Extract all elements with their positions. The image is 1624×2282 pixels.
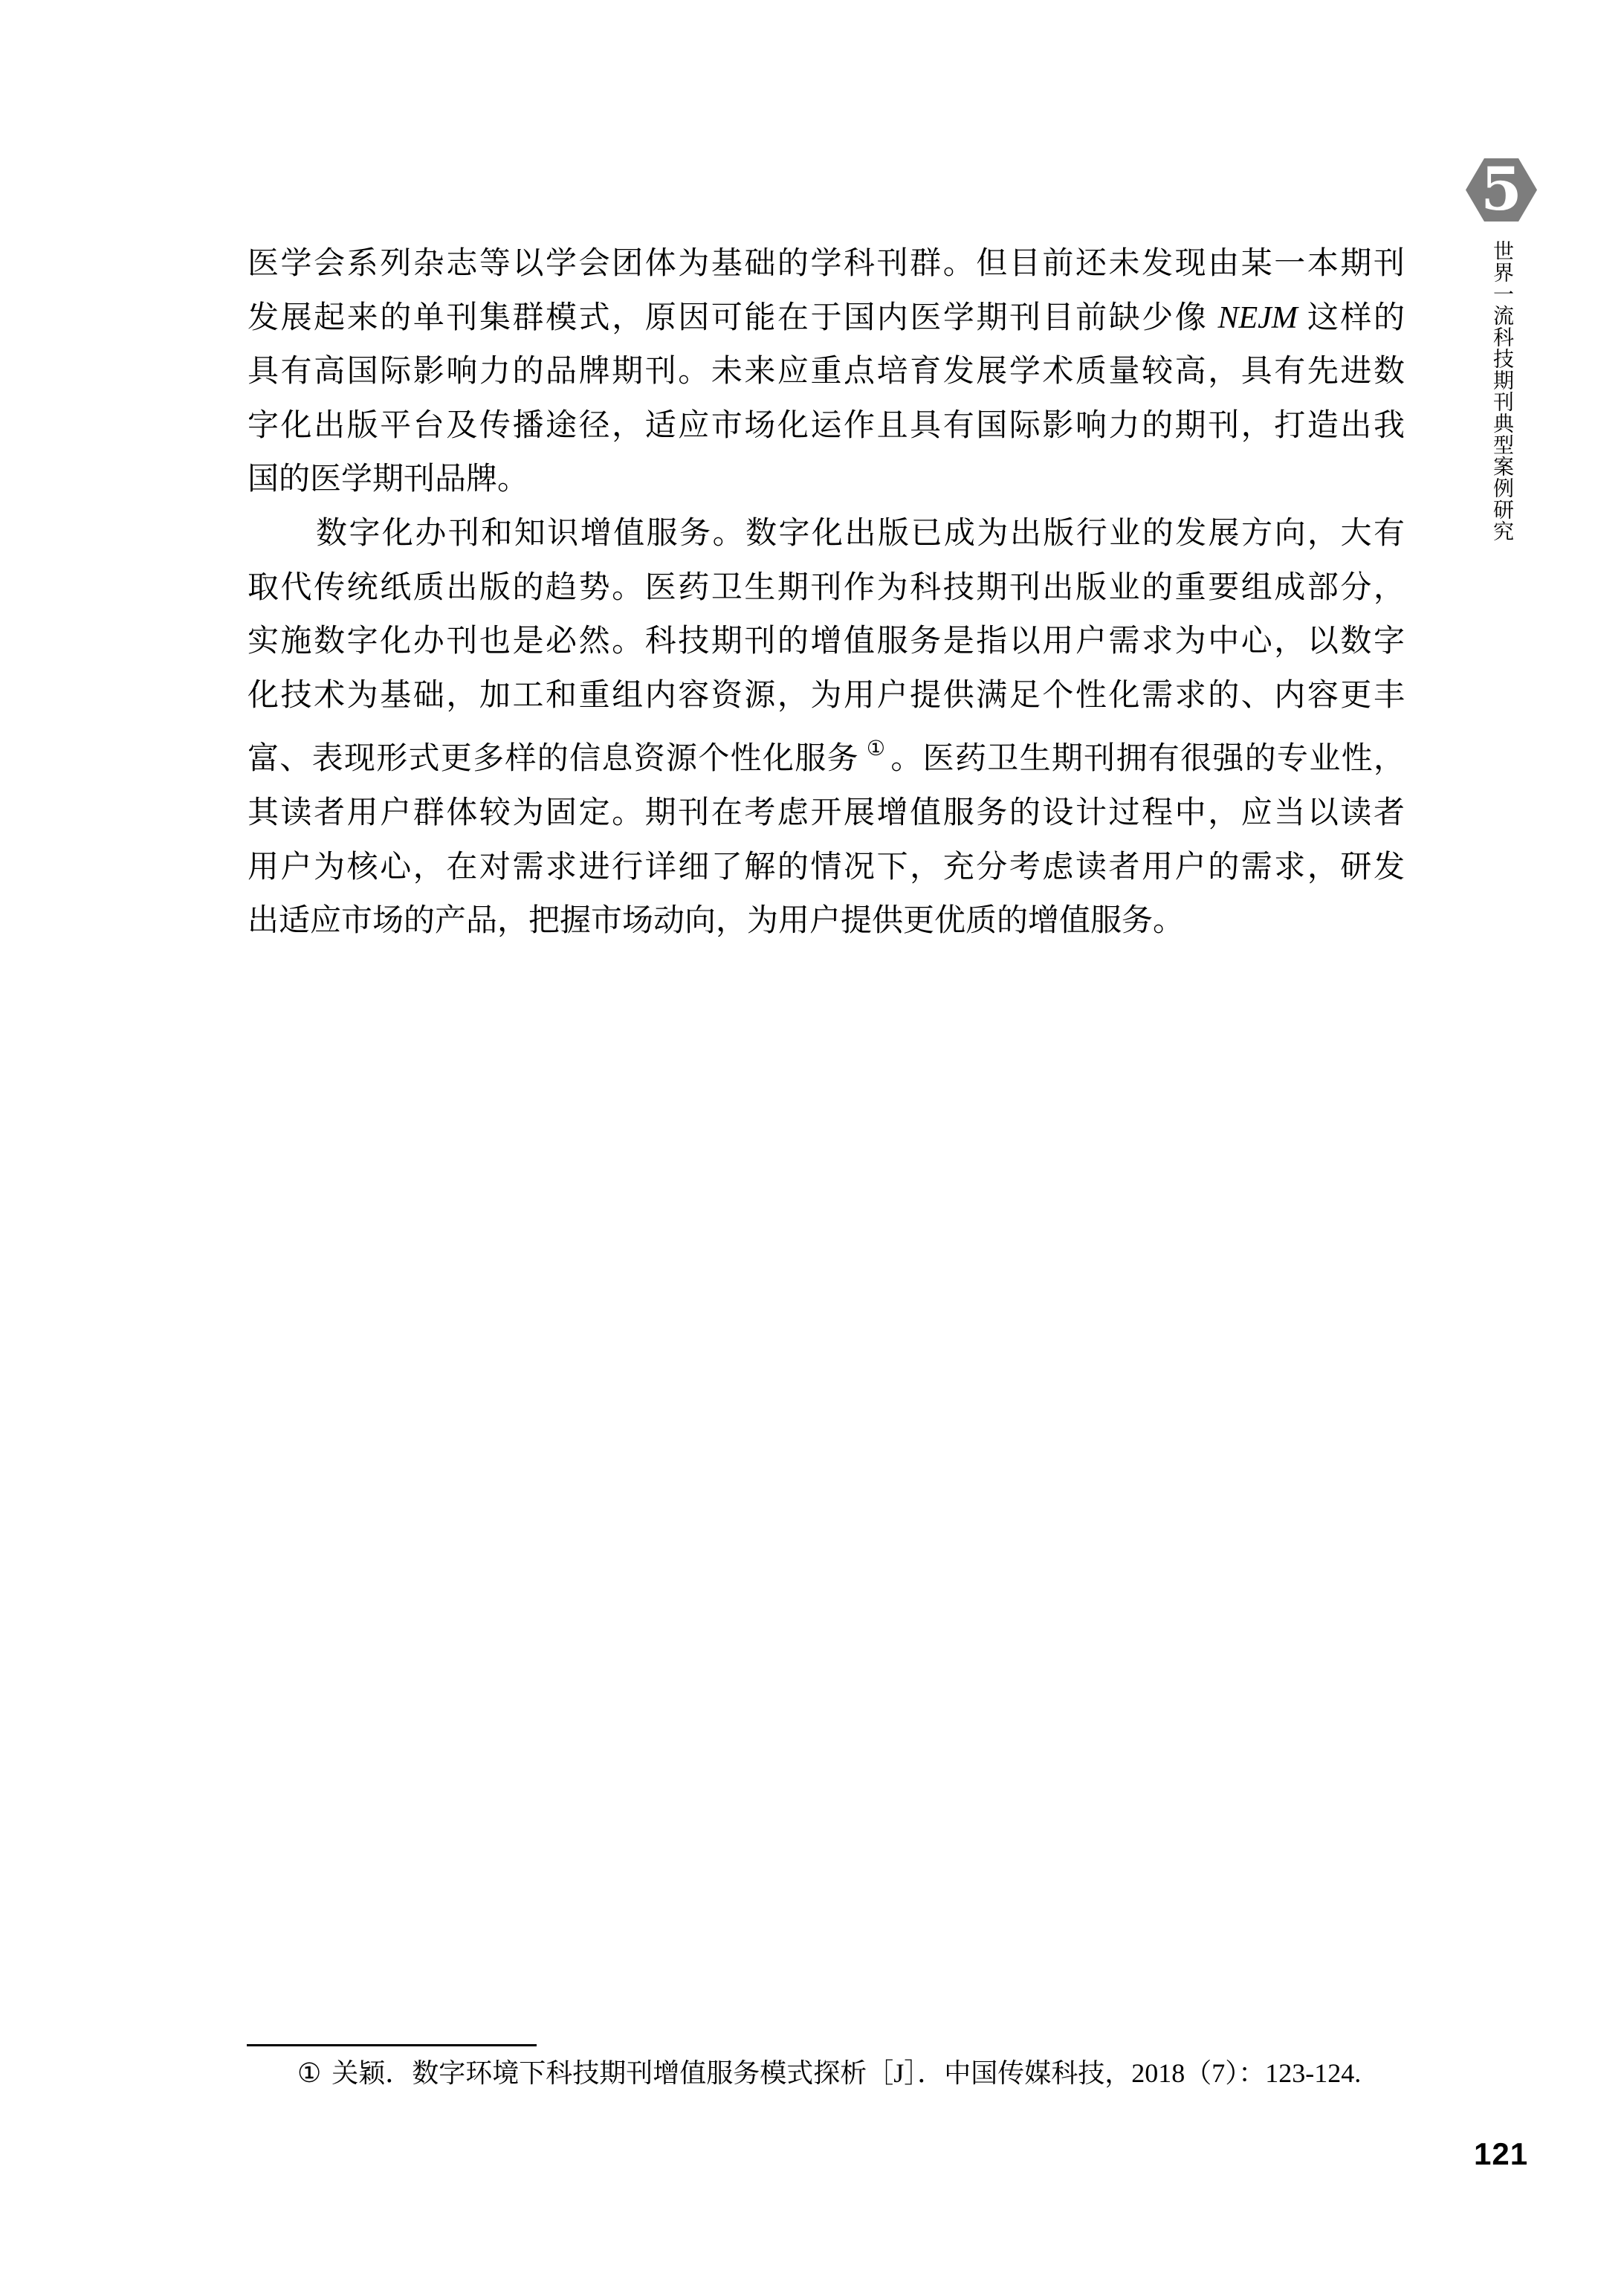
- footnote-text: 关颖．数字环境下科技期刊增值服务模式探析［J］．中国传媒科技，2018（7）：1…: [331, 2058, 1361, 2088]
- text-segment: 发展起来的单刊集群模式，原因可能在于国内医学期刊目前缺少像: [248, 301, 1217, 335]
- footnote-reference-superscript: ①: [867, 737, 886, 760]
- footnote: ①关颖．数字环境下科技期刊增值服务模式探析［J］．中国传媒科技，2018（7）：…: [297, 2055, 1412, 2091]
- text-line: 取代传统纸质出版的趋势。医药卫生期刊作为科技期刊出版业的重要组成部分，: [248, 561, 1405, 615]
- text-line: 化技术为基础，加工和重组内容资源，为用户提供满足个性化需求的、内容更丰: [248, 669, 1405, 723]
- paragraph-2: 数字化办刊和知识增值服务。数字化出版已成为出版行业的发展方向，大有 取代传统纸质…: [248, 507, 1405, 948]
- body-text: 医学会系列杂志等以学会团体为基础的学科刊群。但目前还未发现由某一本期刊 发展起来…: [248, 237, 1405, 948]
- paragraph-1: 医学会系列杂志等以学会团体为基础的学科刊群。但目前还未发现由某一本期刊 发展起来…: [248, 237, 1405, 507]
- text-line: 实施数字化办刊也是必然。科技期刊的增值服务是指以用户需求为中心，以数字: [248, 615, 1405, 669]
- text-segment: 富、表现形式更多样的信息资源个性化服务: [248, 742, 859, 776]
- text-segment: 。医药卫生期刊拥有很强的专业性，: [890, 742, 1405, 776]
- text-line: 富、表现形式更多样的信息资源个性化服务①。医药卫生期刊拥有很强的专业性，: [248, 723, 1405, 786]
- text-line: 数字化办刊和知识增值服务。数字化出版已成为出版行业的发展方向，大有: [248, 507, 1405, 561]
- text-line: 其读者用户群体较为固定。期刊在考虑开展增值服务的设计过程中，应当以读者: [248, 786, 1405, 841]
- text-line: 字化出版平台及传播途径，适应市场化运作且具有国际影响力的期刊，打造出我: [248, 399, 1405, 453]
- chapter-badge-hexagon: 5: [1466, 158, 1537, 222]
- book-page: 5 世界一流科技期刊典型案例研究 医学会系列杂志等以学会团体为基础的学科刊群。但…: [0, 0, 1624, 2282]
- text-line: 发展起来的单刊集群模式，原因可能在于国内医学期刊目前缺少像 NEJM 这样的: [248, 291, 1405, 346]
- text-line: 医学会系列杂志等以学会团体为基础的学科刊群。但目前还未发现由某一本期刊: [248, 237, 1405, 291]
- page-number: 121: [1474, 2136, 1528, 2172]
- footnote-separator-rule: [247, 2044, 537, 2046]
- text-line: 具有高国际影响力的品牌期刊。未来应重点培育发展学术质量较高，具有先进数: [248, 345, 1405, 399]
- chapter-number: 5: [1481, 159, 1522, 219]
- chapter-title-vertical: 世界一流科技期刊典型案例研究: [1486, 240, 1516, 542]
- journal-abbreviation: NEJM: [1217, 301, 1297, 335]
- text-segment: 这样的: [1298, 301, 1405, 335]
- text-line: 出适应市场的产品，把握市场动向，为用户提供更优质的增值服务。: [248, 894, 1405, 948]
- text-line: 用户为核心，在对需求进行详细了解的情况下，充分考虑读者用户的需求，研发: [248, 841, 1405, 895]
- footnote-marker: ①: [297, 2058, 321, 2088]
- text-line: 国的医学期刊品牌。: [248, 453, 1405, 507]
